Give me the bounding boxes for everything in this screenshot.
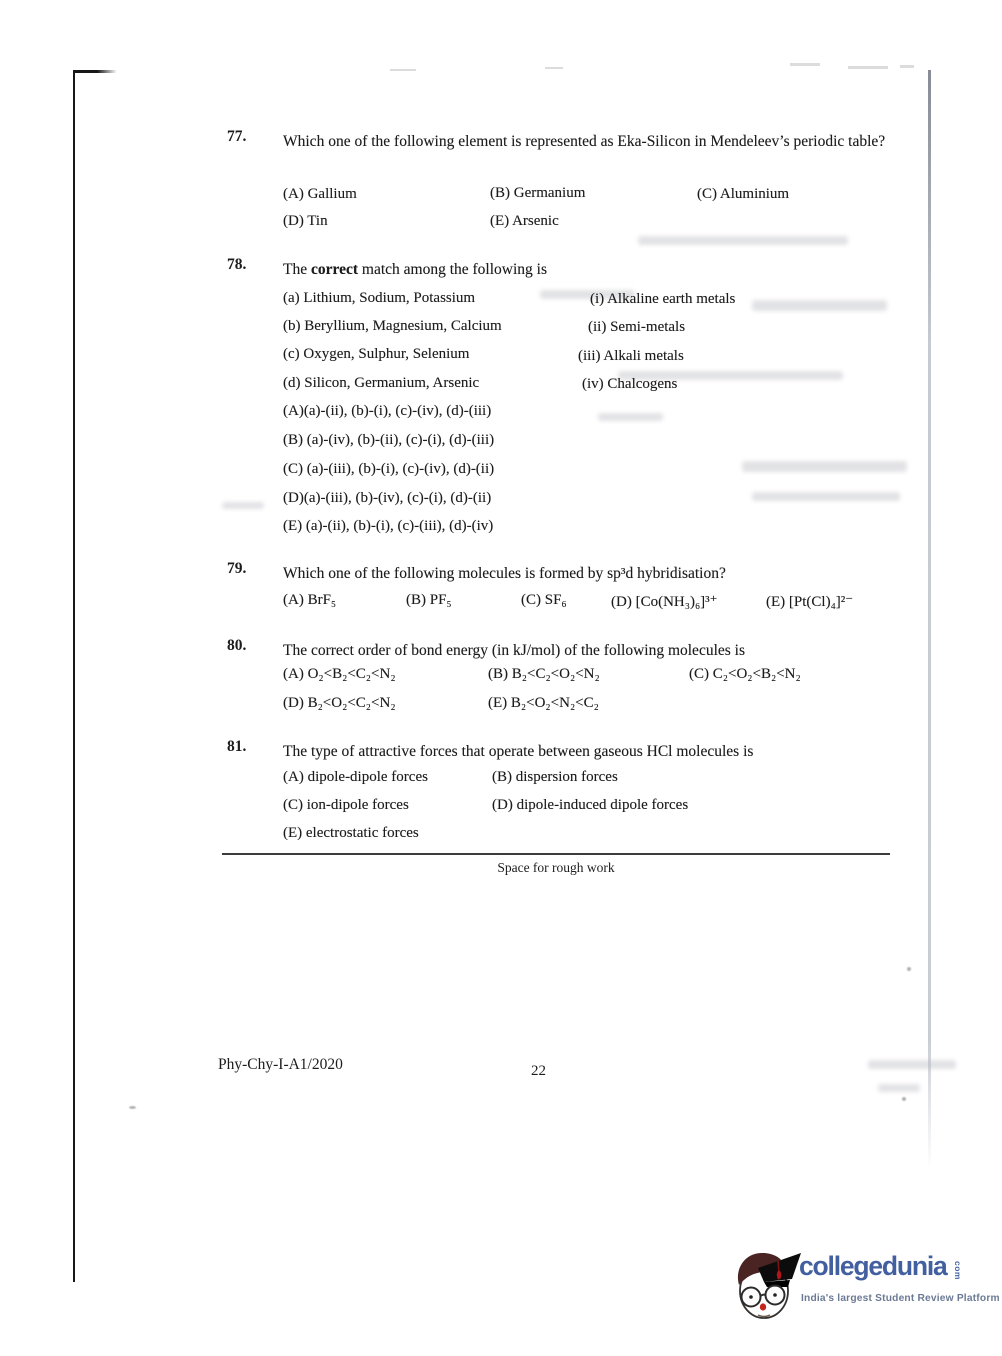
match-item-i: (i) Alkaline earth metals <box>590 291 735 308</box>
option-d: (D) [Co(NH₃)₆]³⁺ <box>611 592 718 611</box>
bleed-artifact <box>868 1060 956 1069</box>
option-e: (E) (a)-(ii), (b)-(i), (c)-(iii), (d)-(i… <box>283 518 493 535</box>
option-e: (E) Arsenic <box>490 213 559 230</box>
page-border-top <box>73 70 117 73</box>
scan-speck <box>902 1097 906 1101</box>
match-item-c: (c) Oxygen, Sulphur, Selenium <box>283 346 469 363</box>
scan-artifact <box>545 67 563 69</box>
question-80: 80. The correct order of bond energy (in… <box>227 637 905 664</box>
bleed-artifact <box>878 1084 920 1092</box>
bleed-artifact <box>752 300 887 311</box>
logo-tld: com <box>953 1261 963 1280</box>
collegedunia-mascot-icon <box>735 1245 803 1321</box>
collegedunia-logo: collegedunia com India's largest Student… <box>735 1243 985 1329</box>
paper-code: Phy-Chy-I-A1/2020 <box>218 1056 343 1074</box>
scan-speck <box>129 1106 136 1109</box>
option-b: (B) B₂<C₂<O₂<N₂ <box>488 666 600 683</box>
scan-speck <box>907 967 911 971</box>
option-e: (E) [Pt(Cl)₄]²⁻ <box>766 592 853 611</box>
question-number: 80. <box>227 637 246 655</box>
rough-work-label: Space for rough work <box>222 860 890 876</box>
option-c: (C) (a)-(iii), (b)-(i), (c)-(iv), (d)-(i… <box>283 461 494 478</box>
scan-artifact <box>900 65 914 68</box>
question-stem: Which one of the following molecules is … <box>283 560 898 587</box>
match-item-d: (d) Silicon, Germanium, Arsenic <box>283 375 479 392</box>
question-number: 79. <box>227 560 246 578</box>
option-d: (D) dipole-induced dipole forces <box>492 797 688 814</box>
option-e: (E) electrostatic forces <box>283 825 419 842</box>
match-item-iii: (iii) Alkali metals <box>578 348 684 365</box>
scan-artifact <box>390 69 416 71</box>
match-item-a: (a) Lithium, Sodium, Potassium <box>283 290 475 307</box>
question-81: 81. The type of attractive forces that o… <box>227 738 905 765</box>
page-border-left <box>73 71 75 1282</box>
page-number: 22 <box>531 1063 546 1080</box>
logo-wordmark: collegedunia <box>799 1251 947 1282</box>
question-79: 79. Which one of the following molecules… <box>227 560 905 587</box>
option-b: (B) PF₅ <box>406 592 452 609</box>
question-number: 77. <box>227 128 246 146</box>
option-d: (D) Tin <box>283 213 328 230</box>
question-78: 78. The correct match among the followin… <box>227 256 905 283</box>
option-a: (A) BrF₅ <box>283 592 336 609</box>
option-a: (A) Gallium <box>283 186 357 203</box>
option-b: (B) Germanium <box>490 185 585 202</box>
question-stem: The correct order of bond energy (in kJ/… <box>283 637 898 664</box>
option-c: (C) SF₆ <box>521 592 567 609</box>
question-stem: The correct match among the following is <box>283 256 898 283</box>
option-c: (C) ion-dipole forces <box>283 797 409 814</box>
option-a: (A)(a)-(ii), (b)-(i), (c)-(iv), (d)-(iii… <box>283 403 491 420</box>
bleed-artifact <box>638 236 848 245</box>
option-e: (E) B₂<O₂<N₂<C₂ <box>488 695 599 712</box>
match-item-b: (b) Beryllium, Magnesium, Calcium <box>283 318 502 335</box>
bleed-artifact <box>752 492 900 501</box>
question-number: 81. <box>227 738 246 756</box>
rough-work-divider <box>222 853 890 855</box>
option-a: (A) dipole-dipole forces <box>283 769 428 786</box>
scan-artifact <box>848 66 888 69</box>
logo-tagline: India's largest Student Review Platform <box>801 1293 1000 1304</box>
match-item-ii: (ii) Semi-metals <box>588 319 685 336</box>
option-c: (C) Aluminium <box>697 186 789 203</box>
option-d: (D)(a)-(iii), (b)-(iv), (c)-(i), (d)-(ii… <box>283 490 491 507</box>
question-number: 78. <box>227 256 246 274</box>
match-item-iv: (iv) Chalcogens <box>582 376 677 393</box>
option-b: (B) (a)-(iv), (b)-(ii), (c)-(i), (d)-(ii… <box>283 432 494 449</box>
option-c: (C) C₂<O₂<B₂<N₂ <box>689 666 801 683</box>
question-stem: Which one of the following element is re… <box>283 128 893 155</box>
stem-bold-word: correct <box>311 261 358 278</box>
option-d: (D) B₂<O₂<C₂<N₂ <box>283 695 396 712</box>
scanned-exam-page: 77. Which one of the following element i… <box>0 0 1002 1356</box>
bleed-artifact <box>742 461 907 472</box>
question-77: 77. Which one of the following element i… <box>227 128 905 155</box>
page-border-right <box>928 70 931 1170</box>
bleed-artifact <box>598 413 663 421</box>
option-b: (B) dispersion forces <box>492 769 618 786</box>
scan-artifact <box>790 63 820 66</box>
question-stem: The type of attractive forces that opera… <box>283 738 898 765</box>
bleed-artifact <box>222 502 264 509</box>
option-a: (A) O₂<B₂<C₂<N₂ <box>283 666 396 683</box>
